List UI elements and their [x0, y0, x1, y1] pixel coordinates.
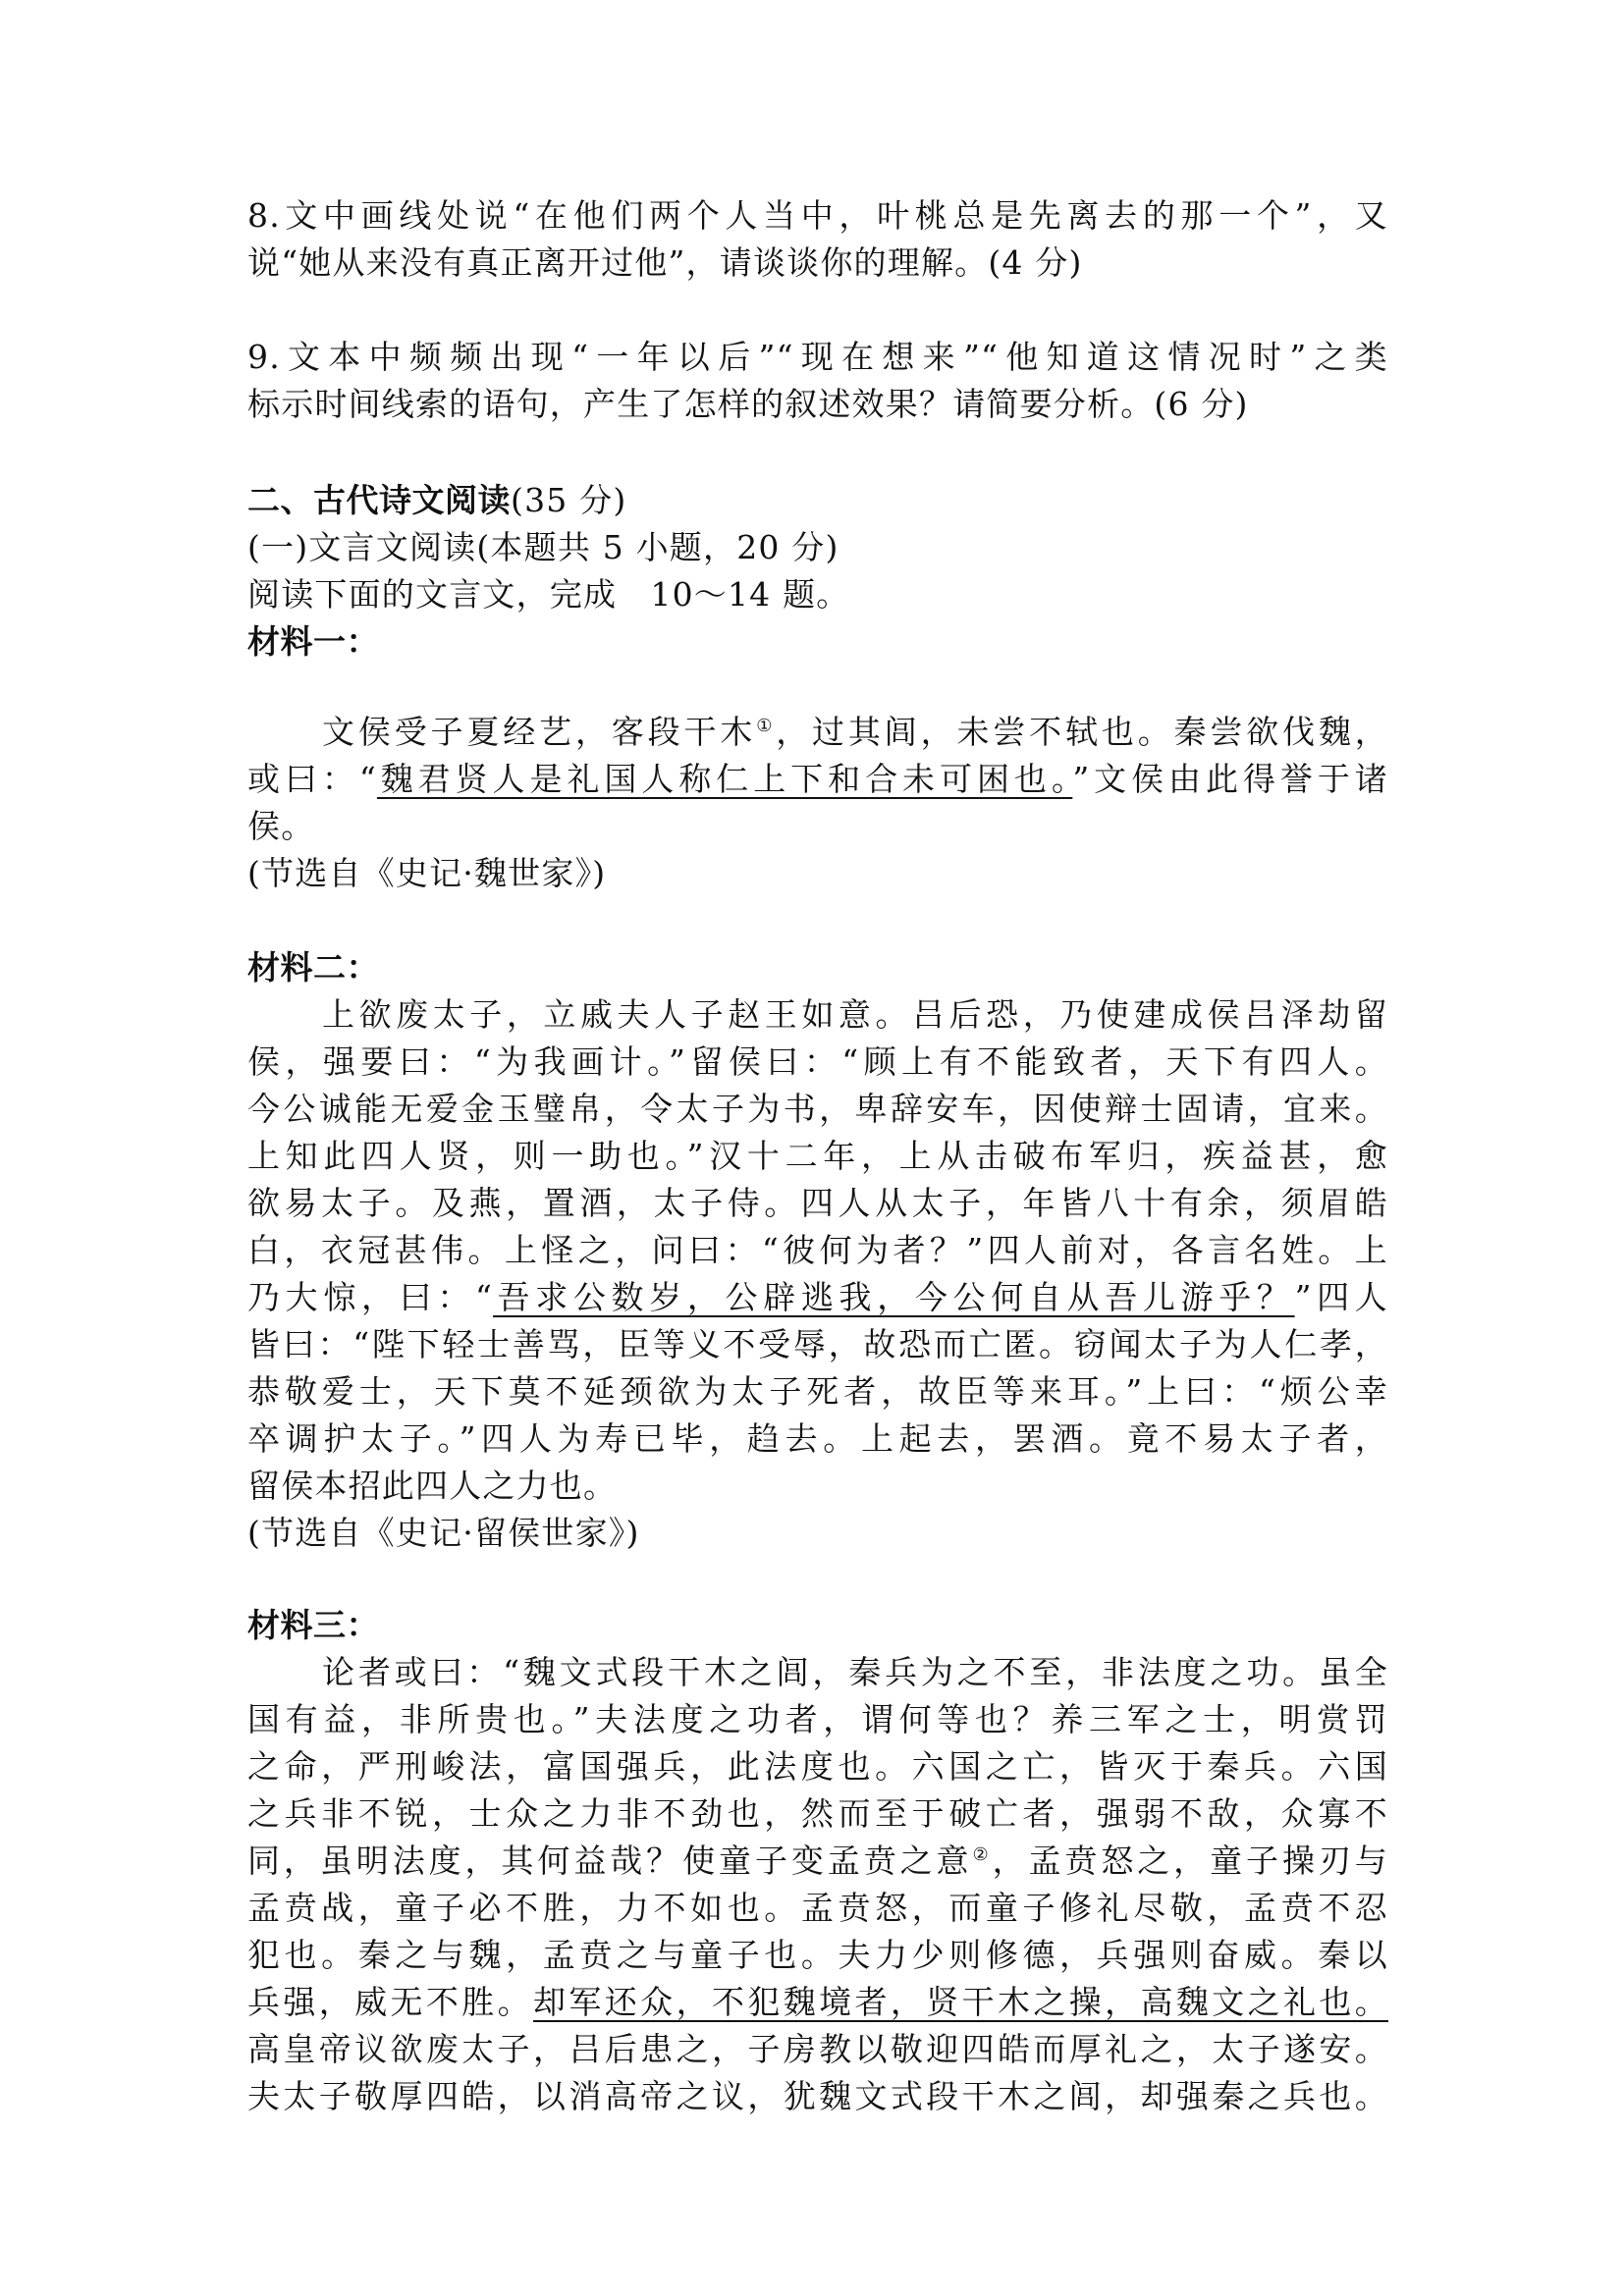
- material-2-line-3: 今公诚能无爱金玉璧帛，令太子为书，卑辞安车，因使辩士固请，宜来。: [247, 1090, 1388, 1129]
- material-1-line-1: 文侯受子夏经艺，客段干木①，过其闾，未尝不轼也。秦尝欲伐魏，: [322, 713, 1388, 752]
- material-2-text-pre: 乃大惊，曰：“: [247, 1278, 493, 1316]
- material-3-heading: 材料三：: [247, 1606, 1388, 1645]
- material-3-line-2: 国有益，非所贵也。”夫法度之功者，谓何等也？养三军之士，明赏罚: [247, 1700, 1388, 1739]
- material-2-line-11: 留侯本招此四人之力也。: [247, 1467, 1388, 1506]
- material-2-source: (节选自《史记·留侯世家》): [247, 1514, 1388, 1553]
- material-3-line-7: 犯也。秦之与魏，孟贲之与童子也。夫力少则修德，兵强则奋威。秦以: [247, 1936, 1388, 1975]
- material-3-line-4: 之兵非不锐，士众之力非不劲也，然而至于破亡者，强弱不敌，众寡不: [247, 1794, 1388, 1834]
- material-2-heading: 材料二：: [247, 948, 1388, 988]
- material-3-line-6: 孟贲战，童子必不胜，力不如也。孟贲怒，而童子修礼尽敬，孟贲不忍: [247, 1889, 1388, 1928]
- material-1-line-3: 侯。: [247, 807, 1388, 846]
- material-2-line-1: 上欲废太子，立戚夫人子赵王如意。吕后恐，乃使建成侯吕泽劫留: [322, 995, 1388, 1035]
- material-3-text-pre: 兵强，威无不胜。: [247, 1983, 533, 2021]
- material-3-line-1: 论者或曰：“魏文式段干木之闾，秦兵为之不至，非法度之功。虽全: [322, 1653, 1388, 1692]
- question-8-line-2: 说“她从来没有真正离开过他”，请谈谈你的理解。(4 分): [247, 243, 1388, 283]
- material-2-line-6: 白，衣冠甚伟。上怪之，问曰：“彼何为者？”四人前对，各言名姓。上: [247, 1231, 1388, 1270]
- material-1-source: (节选自《史记·魏世家》): [247, 854, 1388, 893]
- footnote-2-marker: ②: [973, 1844, 993, 1865]
- section-title: 二、古代诗文阅读: [247, 481, 511, 519]
- material-3-text-b: ，孟贲怒之，童子操刃与: [993, 1842, 1388, 1880]
- underlined-sentence-3: 却军还众，不犯魏境者，贤干木之操，高魏文之礼也。: [533, 1983, 1388, 2021]
- instruction: 阅读下面的文言文，完成 10～14 题。: [247, 575, 1388, 614]
- material-1-heading: 材料一：: [247, 622, 1388, 662]
- underlined-sentence-2: 吾求公数岁，公辟逃我，今公何自从吾儿游乎？: [493, 1278, 1295, 1316]
- material-2-line-10: 卒调护太子。”四人为寿已毕，趋去。上起去，罢酒。竟不易太子者，: [247, 1419, 1388, 1459]
- material-1-quote-open: 或曰：“: [247, 760, 377, 798]
- material-3-line-9: 高皇帝议欲废太子，吕后患之，子房教以敬迎四皓而厚礼之，太子遂安。: [247, 2030, 1388, 2069]
- material-1-quote-close: ”文侯由此得誉于诸: [1072, 760, 1388, 798]
- material-2-line-7: 乃大惊，曰：“吾求公数岁，公辟逃我，今公何自从吾儿游乎？”四人: [247, 1278, 1388, 1317]
- material-1-text-b: ，过其闾，未尝不轼也。秦尝欲伐魏，: [776, 713, 1388, 751]
- subsection-heading: (一)文言文阅读(本题共 5 小题，20 分): [247, 528, 1388, 567]
- question-9-line-1: 9.文本中频频出现“一年以后”“现在想来”“他知道这情况时”之类: [247, 338, 1388, 377]
- section-heading: 二、古代诗文阅读(35 分): [247, 481, 1388, 520]
- underlined-sentence-1: 魏君贤人是礼国人称仁上下和合未可困也。: [377, 760, 1072, 798]
- material-3-line-5: 同，虽明法度，其何益哉？使童子变孟贲之意②，孟贲怒之，童子操刃与: [247, 1842, 1388, 1881]
- material-2-text-post: ”四人: [1295, 1278, 1388, 1316]
- question-9-line-2: 标示时间线索的语句，产生了怎样的叙述效果？请简要分析。(6 分): [247, 385, 1388, 424]
- question-8-line-1: 8.文中画线处说“在他们两个人当中，叶桃总是先离去的那一个”，又: [247, 196, 1388, 236]
- material-3-line-10: 夫太子敬厚四皓，以消高帝之议，犹魏文式段干木之闾，却强秦之兵也。: [247, 2077, 1388, 2116]
- material-3-line-8: 兵强，威无不胜。却军还众，不犯魏境者，贤干木之操，高魏文之礼也。: [247, 1983, 1388, 2022]
- material-2-line-2: 侯，强要曰：“为我画计。”留侯曰：“顾上有不能致者，天下有四人。: [247, 1042, 1388, 1082]
- footnote-1-marker: ①: [756, 716, 776, 736]
- material-2-line-5: 欲易太子。及燕，置酒，太子侍。四人从太子，年皆八十有余，须眉皓: [247, 1184, 1388, 1223]
- material-3-text-a: 同，虽明法度，其何益哉？使童子变孟贲之意: [247, 1842, 973, 1880]
- material-3-line-3: 之命，严刑峻法，富国强兵，此法度也。六国之亡，皆灭于秦兵。六国: [247, 1747, 1388, 1787]
- material-2-line-9: 恭敬爱士，天下莫不延颈欲为太子死者，故臣等来耳。”上曰：“烦公幸: [247, 1372, 1388, 1412]
- material-2-line-4: 上知此四人贤，则一助也。”汉十二年，上从击破布军归，疾益甚，愈: [247, 1137, 1388, 1176]
- material-2-line-8: 皆曰：“陛下轻士善骂，臣等义不受辱，故恐而亡匿。窃闻太子为人仁孝，: [247, 1325, 1388, 1364]
- material-1-line-2: 或曰：“魏君贤人是礼国人称仁上下和合未可困也。”文侯由此得誉于诸: [247, 760, 1388, 799]
- material-1-text-a: 文侯受子夏经艺，客段干木: [322, 713, 756, 751]
- section-score: (35 分): [511, 481, 626, 519]
